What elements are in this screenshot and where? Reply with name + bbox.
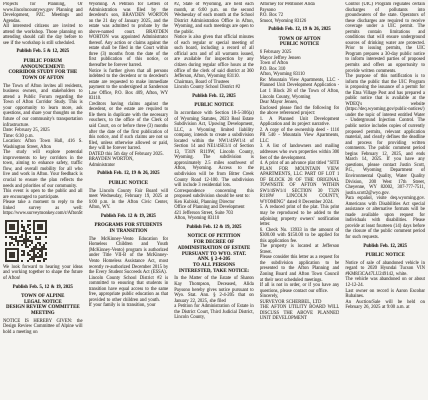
notice-column-5: Control (UIC) Program regulates certain …: [345, 2, 425, 398]
notice-heading: NOTICE OF PETITION FOR DECREE OF ADMINIS…: [174, 234, 254, 274]
public-notices-page: Projects for Planning, Or www.lincolncou…: [0, 0, 428, 400]
publish-line: Publish Feb. 5, 12 & 19, 2025: [3, 285, 83, 291]
publish-line: Publish Feb. 12, 2025: [345, 244, 425, 250]
notice-text: We look forward to hearing your ideas an…: [3, 265, 83, 282]
notice-text: Projects for Planning, Or www.lincolncou…: [3, 2, 83, 46]
notice-text: Control (UIC) Program regulates certain …: [345, 2, 425, 241]
publish-line: Publish Feb. 12, 19 & 26, 2025: [89, 171, 169, 177]
publish-line: Publish Feb. 5 & 12, 2025: [3, 49, 83, 55]
notice-text: The Town of Afton invites all residents,…: [3, 84, 83, 217]
publish-line: Publish Feb. 12 & 19, 2025: [174, 225, 254, 231]
notice-text: Attorney for Petitioner Alida Paysono P.…: [260, 2, 340, 24]
notice-heading: PUBLIC NOTICE: [89, 181, 169, 187]
notice-text: Wyoming. A Petition for Letters of Admin…: [89, 2, 169, 168]
notice-column-1: Projects for Planning, Or www.lincolncou…: [3, 2, 83, 398]
publish-line: Publish Feb. 12, 2025: [174, 94, 254, 100]
publish-line: Publish Feb. 12, 19 & 26, 2025: [260, 27, 340, 33]
notice-text: 6 February 2025 Mayor Jeffrey Jensen Tow…: [260, 50, 340, 322]
notice-column-2: Wyoming. A Petition for Letters of Admin…: [89, 2, 169, 398]
notice-heading: PUBLIC NOTICE: [174, 103, 254, 109]
notice-column-4: Attorney for Petitioner Alida Paysono P.…: [260, 2, 340, 398]
notice-text: The McKinney-Vento Education for Homeles…: [89, 237, 169, 309]
notice-heading: TOWN OF ALPINE LEGAL NOTICE DESIGN REVIE…: [3, 294, 83, 317]
publish-line: Publish Feb. 12 & 19, 2025: [89, 214, 169, 220]
notice-heading: PROGRAMS FOR STUDENTS IN TRANSITION: [89, 223, 169, 234]
notice-text: In the Matter of the Estate of Sharon Ka…: [174, 276, 254, 320]
notice-text: The Lincoln County Fair Board will meet …: [89, 189, 169, 211]
notice-heading: PUBLIC NOTICE: [345, 253, 425, 259]
notice-text: NOTICE IS HEREBY GIVEN: the Design Revie…: [3, 319, 83, 336]
notice-text: In accordance with Section 18-5-306(a) o…: [174, 111, 254, 222]
notice-text: Notice of sale of abandoned vehicle in r…: [345, 261, 425, 311]
qr-code: [5, 220, 47, 262]
notice-text: #2, State of Wyoming, are held each mont…: [174, 2, 254, 91]
notice-heading: TOWN OF AFTON PUBLIC NOTICE: [260, 37, 340, 48]
notice-column-3: #2, State of Wyoming, are held each mont…: [174, 2, 254, 398]
notice-heading: PUBLIC FORUM ANNOUNCEMENT: CORRIDOR STUD…: [3, 59, 83, 82]
